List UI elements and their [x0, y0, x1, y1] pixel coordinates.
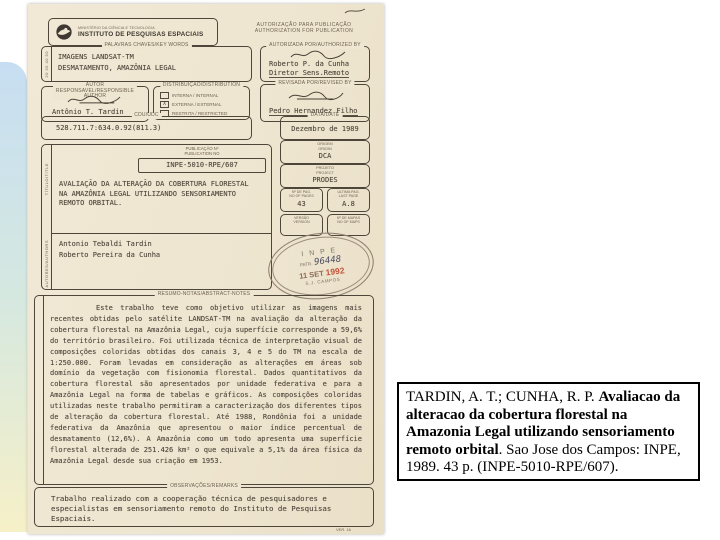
abstract-side-strip [35, 296, 44, 484]
date-label: DATA/DATE [308, 113, 343, 119]
keywords-label: PALAVRAS CHAVES/KEY WORDS [101, 43, 191, 49]
authorized-by-label: AUTORIZADA POR/AUTHORIZED BY [266, 43, 364, 49]
institute-name: INSTITUTO DE PESQUISAS ESPACIAIS [78, 31, 203, 38]
citation-box: TARDIN, A. T.; CUNHA, R. P. Avaliacao da… [397, 382, 700, 481]
scanned-form: MINISTÉRIO DA CIÊNCIA E TECNOLOGIA INSTI… [28, 4, 384, 534]
cdu-label: CDU/UDC [131, 113, 161, 119]
report-author-1: Antonio Tebaldi Tardin [59, 240, 152, 248]
title-box: TÍTULO/TITLE AUTORES/AUTHORS PUBLICAÇÃO … [41, 144, 272, 290]
checkbox-internal [160, 92, 169, 99]
remarks-box: OBSERVAÇÕES/REMARKS Trabalho realizado c… [34, 487, 374, 527]
distribution-option-external: X EXTERNA / EXTERNAL [160, 101, 249, 108]
origin-label: ORIGEM ORIGIN [281, 142, 369, 151]
pen-mark [344, 7, 366, 15]
origin-value: DCA [281, 152, 369, 160]
authorized-name: Roberto P. da Cunha [269, 60, 349, 68]
date-box: DATA/DATE Dezembro de 1989 [280, 116, 370, 140]
form-title: AUTORIZAÇÃO PARA PUBLICAÇÃO AUTHORIZATIO… [226, 22, 382, 35]
distribution-label: DISTRIBUIÇÃO/DISTRIBUTION [160, 83, 243, 89]
project-value: PRODES [281, 176, 369, 184]
last-page-value: A.8 [328, 200, 369, 208]
authorized-signature [289, 49, 347, 60]
pages-value: 43 [281, 200, 322, 208]
slide-accent-band [0, 62, 27, 532]
revised-signature [287, 89, 345, 101]
abstract-box: RESUMO-NOTAS/ABSTRACT-NOTES Este trabalh… [34, 295, 374, 485]
library-stamp: I N P E PATR. 96448 11 SET 1992 S.J. CAM… [264, 227, 377, 305]
project-box: PROJETO PROJECT PRODES [280, 164, 370, 188]
authors-side-label: AUTORES/AUTHORS [44, 240, 49, 287]
publication-no-box: INPE-5010-RPE/607 [138, 158, 266, 173]
report-author-2: Roberto Pereira da Cunha [59, 251, 160, 259]
title-authors-divider [51, 233, 271, 234]
remarks-label: OBSERVAÇÕES/REMARKS [167, 484, 241, 490]
pages-label: Nº DE PAG. NO OF PAGES [281, 190, 322, 199]
keywords-box: PALAVRAS CHAVES/KEY WORDS 20 30 40 50 IM… [41, 46, 252, 82]
abstract-text: Este trabalho teve como objetivo utiliza… [50, 303, 362, 467]
authorized-role: Diretor Sens.Remoto [269, 69, 349, 78]
responsible-signature [66, 94, 122, 105]
last-page-label: ULTIMA PAG. LAST PAGE [328, 190, 369, 199]
keywords-side-strip: 20 30 40 50 [42, 47, 52, 81]
authorized-by-box: AUTORIZADA POR/AUTHORIZED BY Roberto P. … [260, 46, 370, 82]
inpe-logo-icon [55, 23, 73, 41]
pages-box: Nº DE PAG. NO OF PAGES 43 [280, 188, 323, 212]
remarks-text: Trabalho realizado com a cooperação técn… [51, 494, 351, 523]
publication-no-label: PUBLICAÇÃO Nº PUBLICATION NO [142, 146, 262, 157]
maps-label: Nº DE MAPAS NO OF MAPS [328, 216, 369, 225]
checkbox-external: X [160, 101, 169, 108]
responsible-name: Antônio T. Tardin [52, 108, 124, 116]
cdu-box: CDU/UDC 528.711.7:634.0.92(811.3) [41, 116, 252, 140]
cdu-value: 528.711.7:634.0.92(811.3) [56, 124, 161, 132]
stamp-inner-ring [269, 231, 373, 301]
keyword-line-2: DESMATAMENTO, AMAZÔNIA LEGAL [58, 64, 176, 72]
date-value: Dezembro de 1989 [281, 125, 369, 133]
project-label: PROJETO PROJECT [281, 166, 369, 175]
keyword-line-1: IMAGENS LANDSAT-TM [58, 53, 134, 61]
citation-authors: TARDIN, A. T.; CUNHA, R. P. [406, 389, 598, 405]
publication-no-value: INPE-5010-RPE/607 [139, 161, 265, 169]
distribution-option-internal: INTERNA / INTERNAL [160, 92, 249, 99]
abstract-label: RESUMO-NOTAS/ABSTRACT-NOTES [155, 292, 254, 298]
last-page-box: ULTIMA PAG. LAST PAGE A.8 [327, 188, 370, 212]
distribution-box: DISTRIBUIÇÃO/DISTRIBUTION INTERNA / INTE… [153, 86, 250, 120]
form-footer-code: VER. 16 [336, 527, 351, 532]
revised-by-label: REVISADA POR/REVISED BY [275, 81, 354, 87]
origin-box: ORIGEM ORIGIN DCA [280, 140, 370, 164]
version-label: VERSÃO VERSION [281, 216, 322, 225]
title-side-label: TÍTULO/TITLE [44, 163, 49, 195]
report-title: AVALIAÇÃO DA ALTERAÇÃO DA COBERTURA FLOR… [59, 180, 257, 209]
slide: MINISTÉRIO DA CIÊNCIA E TECNOLOGIA INSTI… [0, 0, 720, 540]
